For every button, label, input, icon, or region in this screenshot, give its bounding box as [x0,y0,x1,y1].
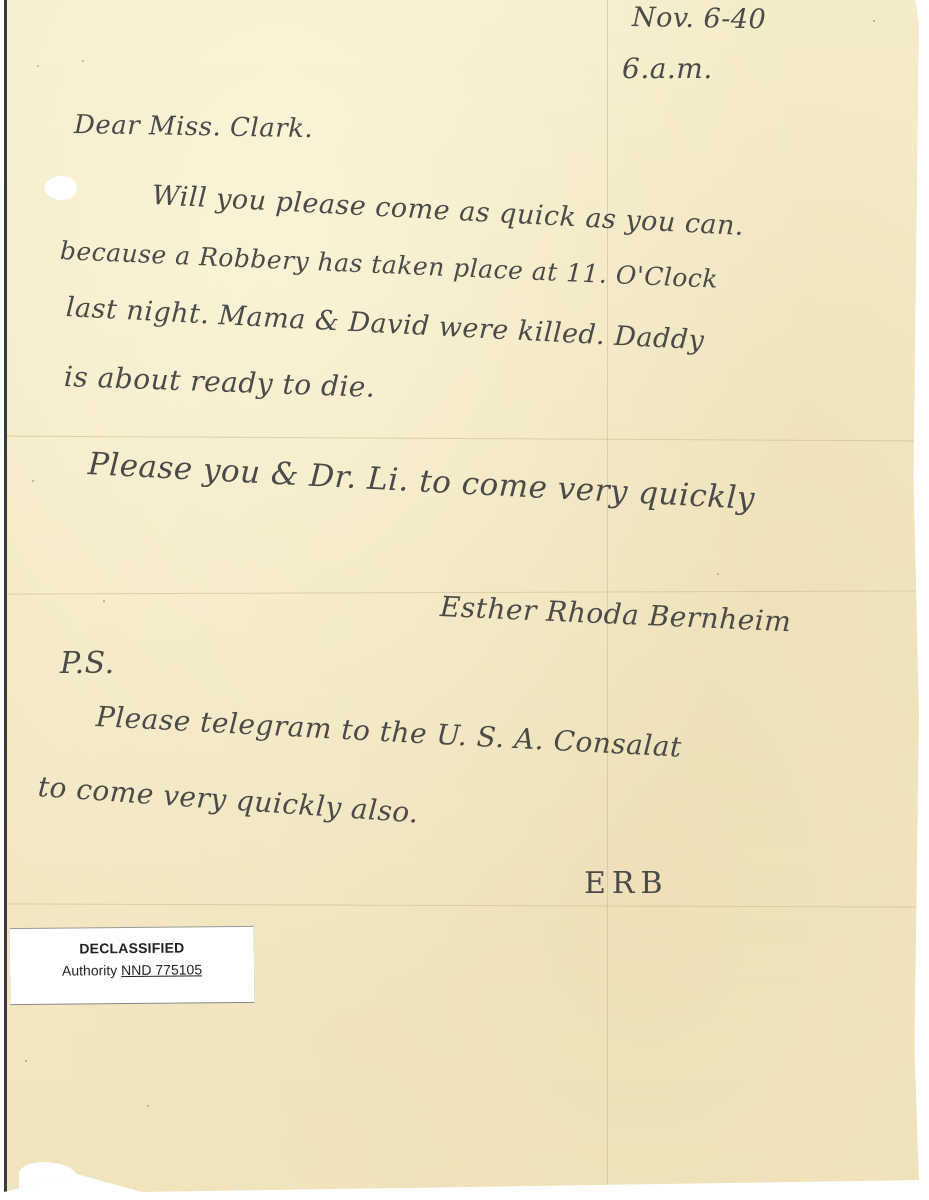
paper-crease [7,436,919,442]
paper-speck [103,600,105,602]
paper-speck [37,65,39,67]
paper-speck [873,20,875,22]
authority-label: Authority [62,962,117,978]
letter-salutation: Dear Miss. Clark. [74,110,314,144]
paper-speck [82,60,84,62]
declassified-authority: Authority NND 775105 [10,961,254,979]
letter-initials: ERB [584,866,669,901]
postscript-label: P.S. [60,646,115,681]
paper-speck [25,1060,27,1062]
paper-speck [717,573,719,575]
declassified-title: DECLASSIFIED [10,939,254,957]
authority-number: NND 775105 [121,961,202,978]
paper-crease [7,903,919,907]
torn-corner [19,1162,79,1192]
letter-date: Nov. 6-40 [632,2,767,35]
paper-speck [32,480,34,482]
paper-speck [147,1105,149,1107]
punch-hole [45,176,77,200]
letter-time: 6.a.m. [622,52,713,85]
declassified-label: DECLASSIFIED Authority NND 775105 [10,927,255,1004]
paper-crease [607,0,608,1192]
